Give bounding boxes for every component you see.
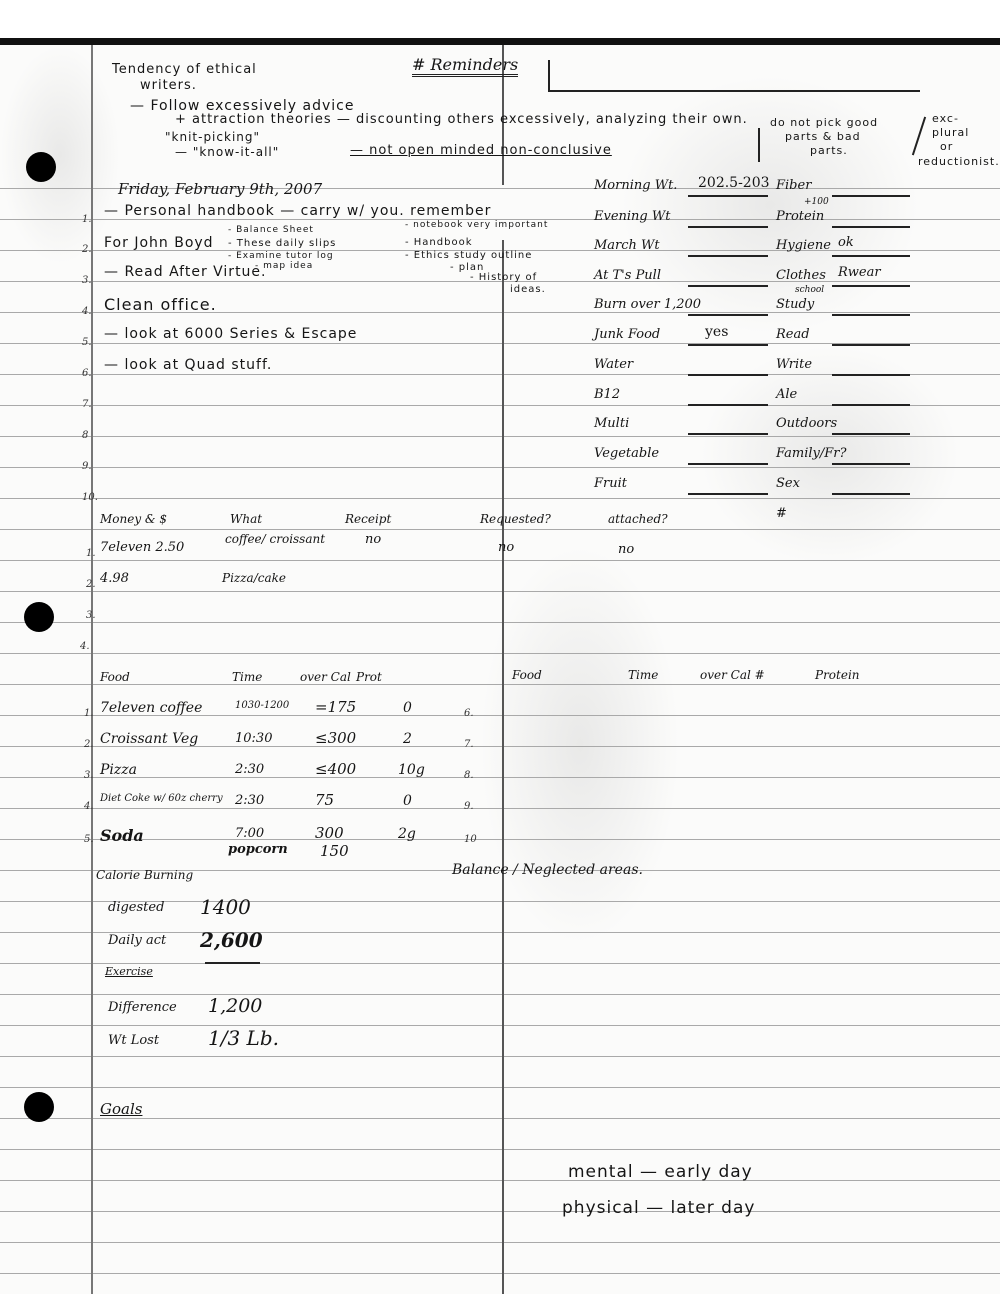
tracker-blank	[688, 314, 768, 316]
digested-label: digested	[108, 900, 164, 915]
ruled-line	[0, 839, 1000, 840]
sub-note: - Handbook	[405, 237, 473, 248]
tracker-label: Hygiene	[776, 238, 831, 253]
food-prot: 10g	[398, 762, 425, 778]
sub-note: - Balance Sheet	[228, 225, 314, 235]
extra-cal: 150	[320, 842, 349, 860]
goals-title: Goals	[100, 1100, 142, 1118]
food-time: 2:30	[235, 762, 264, 777]
wt-lost-value: 1/3 Lb.	[208, 1026, 279, 1050]
row-number: 2.	[84, 739, 94, 750]
punch-hole	[24, 602, 54, 632]
tracker-blank	[832, 374, 910, 376]
tracker-label: Outdoors	[776, 416, 837, 431]
tracker-blank	[688, 255, 768, 257]
tracker-blank	[832, 285, 910, 287]
side-note: plural	[932, 126, 969, 139]
food-header: Time	[232, 670, 262, 684]
todo-item: — look at Quad stuff.	[104, 357, 272, 373]
money-header: Requested?	[480, 512, 551, 526]
row-number: 4.	[80, 641, 90, 652]
ruled-line	[0, 1118, 1000, 1119]
center-divider	[502, 240, 504, 1294]
tracker-value: ok	[838, 235, 854, 250]
food-header: over Cal	[300, 670, 351, 684]
tracker-blank	[832, 344, 910, 346]
tracker-label: Fiber	[776, 178, 811, 193]
row-number: 2.	[86, 579, 96, 590]
row-number: 1.	[86, 548, 96, 559]
ruled-line	[0, 1025, 1000, 1026]
tracker-value: Rwear	[838, 265, 881, 280]
food-time: 2:30	[235, 793, 264, 808]
food-prot: 0	[403, 793, 412, 809]
exercise-label: Exercise	[105, 965, 153, 978]
ruled-line	[0, 684, 1000, 685]
side-note: exc-	[932, 112, 959, 125]
tracker-blank	[688, 344, 768, 346]
food-cal: ≤400	[315, 760, 356, 778]
tracker-label: Morning Wt.	[594, 178, 677, 193]
tracker-label: At T's Pull	[594, 268, 661, 283]
money-amount: 4.98	[100, 571, 129, 586]
food-name: Soda	[100, 826, 144, 845]
tracker-blank	[688, 493, 768, 495]
ruled-line	[0, 963, 1000, 964]
food-name: 7eleven coffee	[100, 700, 202, 716]
row-number: 9.	[82, 461, 92, 472]
row-number: 8	[82, 430, 88, 441]
tracker-label: Water	[594, 357, 633, 372]
tracker-label: March Wt	[594, 238, 660, 253]
difference-label: Difference	[108, 1000, 177, 1015]
todo-item: — look at 6000 Series & Escape	[104, 326, 357, 342]
daily-act-value: 2,600	[200, 928, 263, 952]
row-number: 1.	[82, 214, 92, 225]
tracker-blank	[688, 374, 768, 376]
tracker-label: Junk Food	[594, 327, 660, 342]
tracker-value: yes	[705, 324, 728, 340]
tracker-blank	[688, 463, 768, 465]
food-cal: 300	[315, 824, 344, 842]
ruled-line	[0, 1087, 1000, 1088]
tendency-line: writers.	[140, 78, 197, 93]
money-requested: no	[498, 540, 514, 555]
digested-value: 1400	[200, 895, 251, 919]
attraction-line: + attraction theories — discounting othe…	[175, 112, 748, 127]
ruled-line	[0, 994, 1000, 995]
ruled-line	[0, 498, 1000, 499]
row-number: 6.	[82, 368, 92, 379]
reminders-title: # Reminders	[412, 55, 518, 77]
tracker-blank	[688, 285, 768, 287]
tracker-note: +100	[804, 197, 829, 207]
food-prot: 2g	[398, 826, 416, 842]
food-header: over Cal #	[700, 668, 765, 682]
tracker-label: Protein	[776, 209, 824, 224]
tracker-label: B12	[594, 387, 620, 402]
ruled-line	[0, 560, 1000, 561]
row-number: 4.	[82, 306, 92, 317]
food-header: Food	[100, 670, 130, 684]
food-name: Croissant Veg	[100, 731, 198, 747]
tracker-blank	[688, 404, 768, 406]
tracker-blank	[832, 226, 910, 228]
scan-top-edge	[0, 38, 1000, 45]
food-prot: 2	[403, 731, 412, 747]
row-number: 3.	[86, 610, 96, 621]
sub-note: - History of	[470, 272, 537, 283]
ruled-line	[0, 1242, 1000, 1243]
food-cal: =175	[315, 698, 356, 716]
tracker-label: Fruit	[594, 476, 627, 491]
row-number: 3.	[82, 275, 92, 286]
money-header: Receipt	[345, 512, 391, 526]
sub-note: - Ethics study outline	[405, 250, 532, 261]
food-time: 7:00	[235, 826, 264, 841]
know-it-all: — "know-it-all"	[175, 145, 279, 159]
ruled-line	[0, 467, 1000, 468]
row-number: 6.	[464, 708, 474, 719]
tracker-label: Sex	[776, 476, 800, 491]
tracker-blank	[832, 463, 910, 465]
daily-act-label: Daily act	[108, 933, 166, 948]
tracker-label: Evening Wt	[594, 209, 670, 224]
side-note: reductionist.	[918, 155, 1000, 168]
money-attached: no	[618, 542, 634, 557]
sub-note: - These daily slips	[228, 238, 336, 249]
todo-item: — Personal handbook — carry w/ you. reme…	[104, 203, 491, 219]
food-time: 10:30	[235, 731, 272, 746]
food-name: Pizza	[100, 762, 137, 778]
goal-line: mental — early day	[568, 1162, 753, 1182]
food-cal: 75	[315, 791, 334, 809]
row-number: 7.	[82, 399, 92, 410]
sub-note: - map idea	[255, 261, 313, 271]
ruled-line	[0, 591, 1000, 592]
row-number: 5.	[82, 337, 92, 348]
reminders-bracket	[548, 60, 920, 92]
goal-line: physical — later day	[562, 1198, 755, 1218]
money-what: coffee/ croissant	[225, 532, 325, 546]
tracker-label: Study	[776, 297, 814, 312]
ruled-line	[0, 653, 1000, 654]
side-note: or	[940, 140, 953, 153]
todo-item: Clean office.	[104, 295, 217, 314]
food-header: Protein	[815, 668, 860, 682]
food-header: Time	[628, 668, 658, 682]
sub-note: - notebook very important	[405, 220, 548, 230]
money-header: What	[230, 512, 262, 526]
tracker-blank	[832, 433, 910, 435]
row-number: 4.	[84, 801, 94, 812]
tracker-label: Burn over 1,200	[594, 297, 701, 312]
food-time: 1030-1200	[235, 700, 289, 711]
tracker-label: Vegetable	[594, 446, 659, 461]
money-receipt: no	[365, 532, 381, 547]
calorie-title: Calorie Burning	[96, 868, 193, 882]
separator	[758, 128, 760, 162]
todo-item: — Read After Virtue.	[104, 264, 267, 280]
food-name: Diet Coke w/ 60z cherry	[100, 793, 223, 804]
row-number: 7.	[464, 739, 474, 750]
row-number: 2.	[82, 244, 92, 255]
tracker-note: school	[795, 285, 824, 295]
tendency-line: Tendency of ethical	[112, 62, 257, 77]
ruled-line	[0, 436, 1000, 437]
tracker-label: Family/Fr?	[776, 446, 846, 461]
ruled-line	[0, 622, 1000, 623]
tracker-label: #	[776, 506, 787, 521]
tracker-label: Multi	[594, 416, 629, 431]
difference-value: 1,200	[208, 995, 262, 1017]
row-number: 3.	[84, 770, 94, 781]
tracker-value: 202.5-203	[698, 175, 770, 191]
tracker-blank	[832, 493, 910, 495]
margin-line	[91, 45, 93, 1294]
not-open-minded: — not open minded non-conclusive	[350, 143, 612, 158]
ruled-line	[0, 777, 1000, 778]
tracker-blank	[832, 195, 910, 197]
ruled-line	[0, 1180, 1000, 1181]
food-cal: ≤300	[315, 729, 356, 747]
side-note: do not pick good	[770, 116, 878, 129]
food-header: Prot	[356, 670, 382, 684]
ruled-line	[0, 1211, 1000, 1212]
tracker-label: Write	[776, 357, 812, 372]
tracker-blank	[688, 433, 768, 435]
punch-hole	[24, 1092, 54, 1122]
tracker-blank	[832, 255, 910, 257]
tracker-blank	[688, 195, 768, 197]
date-heading: Friday, February 9th, 2007	[118, 180, 322, 198]
row-number: 5.	[84, 834, 94, 845]
food-prot: 0	[403, 700, 412, 716]
balance-note: Balance / Neglected areas.	[452, 862, 643, 878]
side-note: parts.	[810, 144, 848, 157]
punch-hole	[26, 152, 56, 182]
money-header: Money & $	[100, 512, 167, 526]
row-number: 1.	[84, 708, 94, 719]
money-amount: 7eleven 2.50	[100, 540, 184, 555]
ruled-line	[0, 808, 1000, 809]
tracker-label: Clothes	[776, 268, 826, 283]
tracker-label: Read	[776, 327, 810, 342]
tracker-blank	[688, 226, 768, 228]
ruled-line	[0, 1149, 1000, 1150]
ruled-line	[0, 1056, 1000, 1057]
tracker-label: Ale	[776, 387, 797, 402]
todo-item: For John Boyd	[104, 235, 214, 251]
tracker-blank	[832, 404, 910, 406]
row-number: 9.	[464, 801, 474, 812]
tracker-blank	[832, 314, 910, 316]
sub-note: - Examine tutor log	[228, 251, 334, 261]
row-number: 10	[464, 834, 477, 845]
row-number: 10.	[82, 492, 98, 503]
money-header: attached?	[608, 512, 668, 526]
extra-food: popcorn	[228, 842, 288, 857]
knit-picking: "knit-picking"	[165, 130, 260, 144]
food-header: Food	[512, 668, 542, 682]
money-what: Pizza/cake	[222, 571, 286, 585]
row-number: 8.	[464, 770, 474, 781]
wt-lost-label: Wt Lost	[108, 1033, 159, 1048]
side-note: parts & bad	[785, 130, 861, 143]
ruled-line	[0, 529, 1000, 530]
sub-note: ideas.	[510, 284, 546, 295]
ruled-line	[0, 1273, 1000, 1274]
